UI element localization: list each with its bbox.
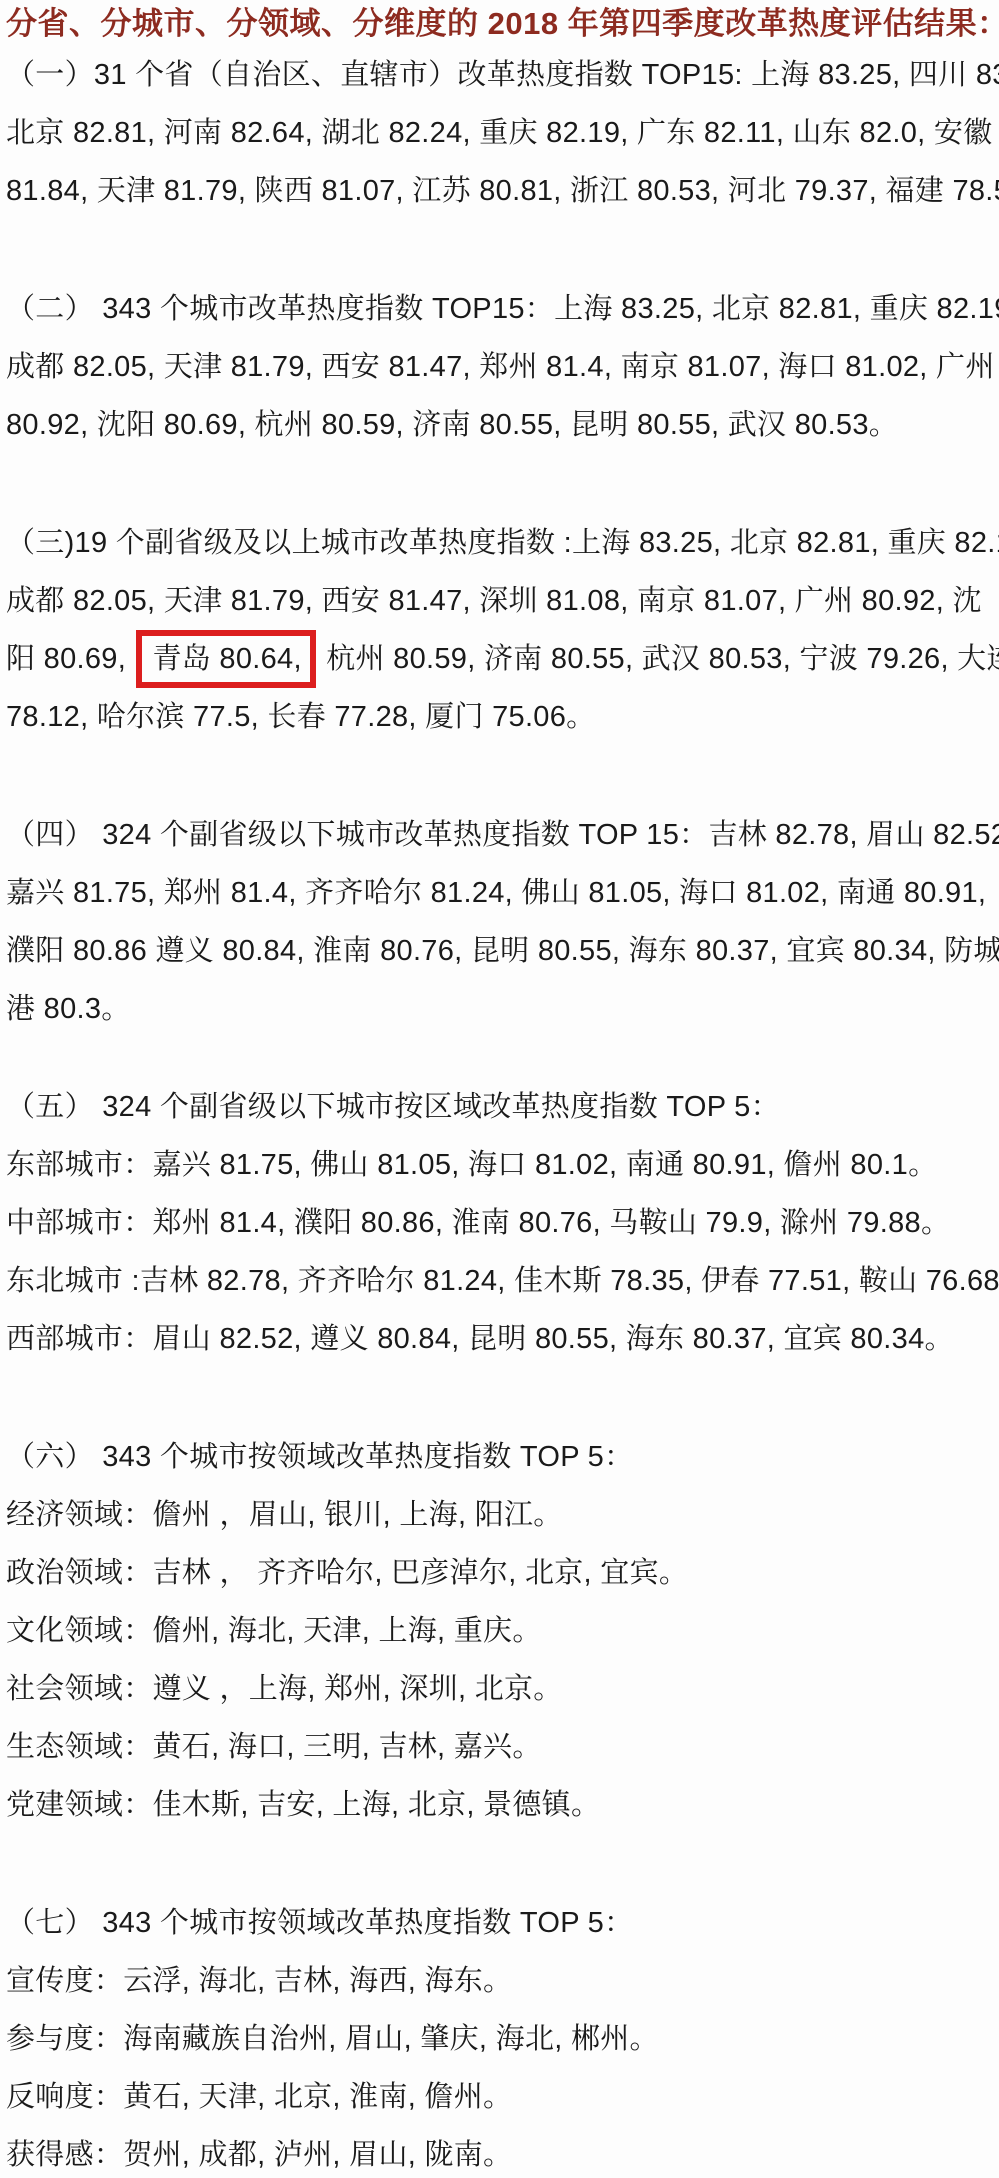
text-line: 成都 82.05, 天津 81.79, 西安 81.47, 深圳 81.08, …: [6, 572, 995, 630]
section-subprovincial-above-cities: （三)19 个副省级及以上城市改革热度指数 :上海 83.25, 北京 82.8…: [6, 514, 995, 746]
text-line: 东北城市 :吉林 82.78, 齐齐哈尔 81.24, 佳木斯 78.35, 伊…: [6, 1252, 995, 1310]
text-line: 生态领域：黄石, 海口, 三明, 吉林, 嘉兴。: [6, 1718, 995, 1776]
text-line: 文化领域：儋州, 海北, 天津, 上海, 重庆。: [6, 1602, 995, 1660]
text-line: （三)19 个副省级及以上城市改革热度指数 :上海 83.25, 北京 82.8…: [6, 514, 995, 572]
text-line: 反响度：黄石, 天津, 北京, 淮南, 儋州。: [6, 2068, 995, 2126]
text-line-with-highlight: 阳 80.69, 青岛 80.64, 杭州 80.59, 济南 80.55, 武…: [6, 630, 995, 688]
text-line: （七） 343 个城市按领域改革热度指数 TOP 5：: [6, 1894, 995, 1952]
section-by-dimension-top5: （七） 343 个城市按领域改革热度指数 TOP 5： 宣传度：云浮, 海北, …: [6, 1894, 995, 2178]
article-page: 分省、分城市、分领域、分维度的 2018 年第四季度改革热度评估结果： （一）3…: [0, 0, 999, 2178]
text-line: 获得感：贺州, 成都, 泸州, 眉山, 陇南。: [6, 2126, 995, 2178]
text-line: 成都 82.05, 天津 81.79, 西安 81.47, 郑州 81.4, 南…: [6, 338, 995, 396]
text-line: 东部城市：嘉兴 81.75, 佛山 81.05, 海口 81.02, 南通 80…: [6, 1136, 995, 1194]
text-line: 西部城市：眉山 82.52, 遵义 80.84, 昆明 80.55, 海东 80…: [6, 1310, 995, 1368]
text-line: 濮阳 80.86 遵义 80.84, 淮南 80.76, 昆明 80.55, 海…: [6, 922, 995, 980]
section-below-subprovincial-top15: （四） 324 个副省级以下城市改革热度指数 TOP 15：吉林 82.78, …: [6, 806, 995, 1038]
text-line: （四） 324 个副省级以下城市改革热度指数 TOP 15：吉林 82.78, …: [6, 806, 995, 864]
text-line: （五） 324 个副省级以下城市按区域改革热度指数 TOP 5：: [6, 1078, 995, 1136]
text-line: 政治领域：吉林 ， 齐齐哈尔, 巴彦淖尔, 北京, 宜宾。: [6, 1544, 995, 1602]
highlight-box-qingdao: 青岛 80.64,: [136, 630, 315, 688]
text-line: 宣传度：云浮, 海北, 吉林, 海西, 海东。: [6, 1952, 995, 2010]
text-line: （一）31 个省（自治区、直辖市）改革热度指数 TOP15: 上海 83.25,…: [6, 46, 995, 104]
text-line: 嘉兴 81.75, 郑州 81.4, 齐齐哈尔 81.24, 佛山 81.05,…: [6, 864, 995, 922]
text-line: 社会领域：遵义 ，上海, 郑州, 深圳, 北京。: [6, 1660, 995, 1718]
text-line: （二） 343 个城市改革热度指数 TOP15：上海 83.25, 北京 82.…: [6, 280, 995, 338]
text-line: 81.84, 天津 81.79, 陕西 81.07, 江苏 80.81, 浙江 …: [6, 162, 995, 220]
text-line: 经济领域：儋州 ，眉山, 银川, 上海, 阳江。: [6, 1486, 995, 1544]
text-line: （六） 343 个城市按领域改革热度指数 TOP 5：: [6, 1428, 995, 1486]
text-line: 北京 82.81, 河南 82.64, 湖北 82.24, 重庆 82.19, …: [6, 104, 995, 162]
text-segment: 杭州 80.59, 济南 80.55, 武汉 80.53, 宁波 79.26, …: [318, 643, 999, 675]
text-line: 78.12, 哈尔滨 77.5, 长春 77.28, 厦门 75.06。: [6, 688, 995, 746]
section-by-region-top5: （五） 324 个副省级以下城市按区域改革热度指数 TOP 5： 东部城市：嘉兴…: [6, 1078, 995, 1368]
section-by-field-top5: （六） 343 个城市按领域改革热度指数 TOP 5： 经济领域：儋州 ，眉山,…: [6, 1428, 995, 1834]
text-line: 港 80.3。: [6, 980, 995, 1038]
text-segment: 阳 80.69,: [6, 643, 134, 675]
text-line: 参与度：海南藏族自治州, 眉山, 肇庆, 海北, 郴州。: [6, 2010, 995, 2068]
text-line: 中部城市：郑州 81.4, 濮阳 80.86, 淮南 80.76, 马鞍山 79…: [6, 1194, 995, 1252]
section-343-cities-top15: （二） 343 个城市改革热度指数 TOP15：上海 83.25, 北京 82.…: [6, 280, 995, 454]
section-provinces-top15: （一）31 个省（自治区、直辖市）改革热度指数 TOP15: 上海 83.25,…: [6, 46, 995, 220]
text-line: 党建领域：佳木斯, 吉安, 上海, 北京, 景德镇。: [6, 1776, 995, 1834]
document-title: 分省、分城市、分领域、分维度的 2018 年第四季度改革热度评估结果：: [6, 0, 995, 46]
text-line: 80.92, 沈阳 80.69, 杭州 80.59, 济南 80.55, 昆明 …: [6, 396, 995, 454]
